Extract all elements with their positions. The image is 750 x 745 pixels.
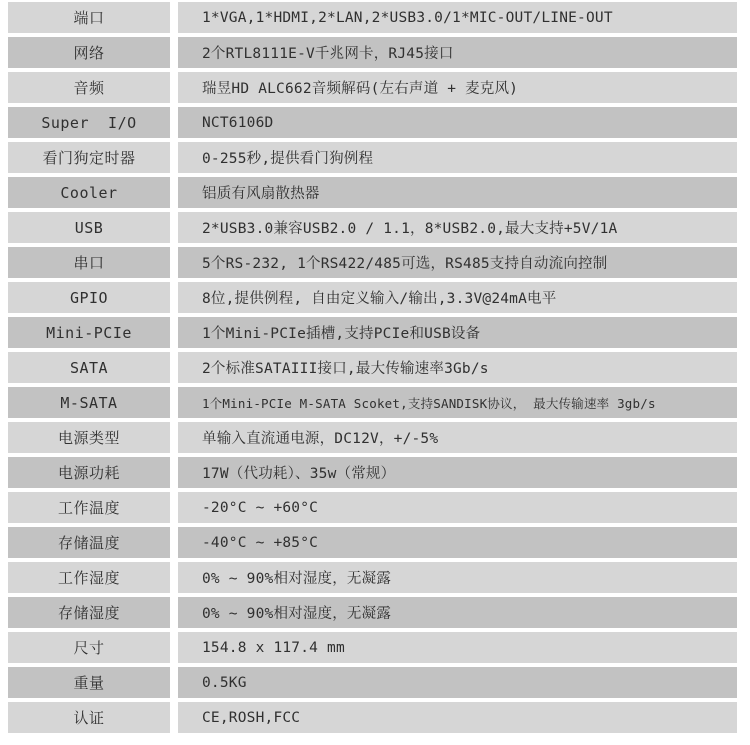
spec-value: CE,ROSH,FCC (178, 702, 737, 733)
spec-value: 单输入直流通电源，DC12V，+/-5% (178, 422, 737, 453)
table-row: 尺寸 154.8 x 117.4 mm (8, 632, 737, 663)
table-row: 工作温度 -20°C ~ +60°C (8, 492, 737, 523)
table-row: 存储湿度 0% ~ 90%相对湿度，无凝露 (8, 597, 737, 628)
table-row: 网络 2个RTL8111E-V千兆网卡，RJ45接口 (8, 37, 737, 68)
spec-label: 尺寸 (8, 632, 170, 663)
table-row: 电源功耗 17W（代功耗）、35w（常规） (8, 457, 737, 488)
table-row: Cooler 铝质有风扇散热器 (8, 177, 737, 208)
spec-value: 1*VGA,1*HDMI,2*LAN,2*USB3.0/1*MIC-OUT/LI… (178, 2, 737, 33)
table-row: 看门狗定时器 0-255秒,提供看门狗例程 (8, 142, 737, 173)
table-row: 音频 瑞昱HD ALC662音频解码(左右声道 + 麦克风) (8, 72, 737, 103)
spec-label: 存储湿度 (8, 597, 170, 628)
spec-label: M-SATA (8, 387, 170, 418)
spec-label: 认证 (8, 702, 170, 733)
spec-value: 1个Mini-PCIe插槽,支持PCIe和USB设备 (178, 317, 737, 348)
spec-value: 铝质有风扇散热器 (178, 177, 737, 208)
spec-label: Super I/O (8, 107, 170, 138)
spec-label: 存储温度 (8, 527, 170, 558)
spec-value: 0% ~ 90%相对湿度，无凝露 (178, 597, 737, 628)
table-row: 重量 0.5KG (8, 667, 737, 698)
spec-value: -20°C ~ +60°C (178, 492, 737, 523)
spec-value: 1个Mini-PCIe M-SATA Scoket,支持SANDISK协议， 最… (178, 387, 737, 418)
table-row: USB 2*USB3.0兼容USB2.0 / 1.1，8*USB2.0,最大支持… (8, 212, 737, 243)
table-row: 存储温度 -40°C ~ +85°C (8, 527, 737, 558)
spec-label: 网络 (8, 37, 170, 68)
table-row: M-SATA 1个Mini-PCIe M-SATA Scoket,支持SANDI… (8, 387, 737, 418)
table-row: 端口 1*VGA,1*HDMI,2*LAN,2*USB3.0/1*MIC-OUT… (8, 2, 737, 33)
spec-value: 瑞昱HD ALC662音频解码(左右声道 + 麦克风) (178, 72, 737, 103)
spec-value: NCT6106D (178, 107, 737, 138)
spec-value: 5个RS-232, 1个RS422/485可选，RS485支持自动流向控制 (178, 247, 737, 278)
spec-label: 重量 (8, 667, 170, 698)
spec-label: 端口 (8, 2, 170, 33)
spec-label: 电源类型 (8, 422, 170, 453)
spec-value: 17W（代功耗）、35w（常规） (178, 457, 737, 488)
table-row: 认证 CE,ROSH,FCC (8, 702, 737, 733)
spec-value: 2个标准SATAIII接口,最大传输速率3Gb/s (178, 352, 737, 383)
spec-label: 串口 (8, 247, 170, 278)
spec-label: Mini-PCIe (8, 317, 170, 348)
table-row: Super I/O NCT6106D (8, 107, 737, 138)
spec-label: 工作温度 (8, 492, 170, 523)
spec-value: 0-255秒,提供看门狗例程 (178, 142, 737, 173)
table-row: GPIO 8位,提供例程, 自由定义输入/输出,3.3V@24mA电平 (8, 282, 737, 313)
spec-value: 8位,提供例程, 自由定义输入/输出,3.3V@24mA电平 (178, 282, 737, 313)
spec-value: 0% ~ 90%相对湿度，无凝露 (178, 562, 737, 593)
spec-value: 0.5KG (178, 667, 737, 698)
spec-value: 154.8 x 117.4 mm (178, 632, 737, 663)
spec-label: SATA (8, 352, 170, 383)
table-row: SATA 2个标准SATAIII接口,最大传输速率3Gb/s (8, 352, 737, 383)
spec-label: 看门狗定时器 (8, 142, 170, 173)
table-row: 串口 5个RS-232, 1个RS422/485可选，RS485支持自动流向控制 (8, 247, 737, 278)
spec-label: Cooler (8, 177, 170, 208)
spec-label: GPIO (8, 282, 170, 313)
spec-value: -40°C ~ +85°C (178, 527, 737, 558)
spec-label: 电源功耗 (8, 457, 170, 488)
spec-label: 工作湿度 (8, 562, 170, 593)
table-row: 工作湿度 0% ~ 90%相对湿度，无凝露 (8, 562, 737, 593)
spec-label: 音频 (8, 72, 170, 103)
spec-label: USB (8, 212, 170, 243)
spec-table: 端口 1*VGA,1*HDMI,2*LAN,2*USB3.0/1*MIC-OUT… (0, 0, 750, 733)
table-row: 电源类型 单输入直流通电源，DC12V，+/-5% (8, 422, 737, 453)
spec-value: 2*USB3.0兼容USB2.0 / 1.1，8*USB2.0,最大支持+5V/… (178, 212, 737, 243)
table-row: Mini-PCIe 1个Mini-PCIe插槽,支持PCIe和USB设备 (8, 317, 737, 348)
spec-value: 2个RTL8111E-V千兆网卡，RJ45接口 (178, 37, 737, 68)
